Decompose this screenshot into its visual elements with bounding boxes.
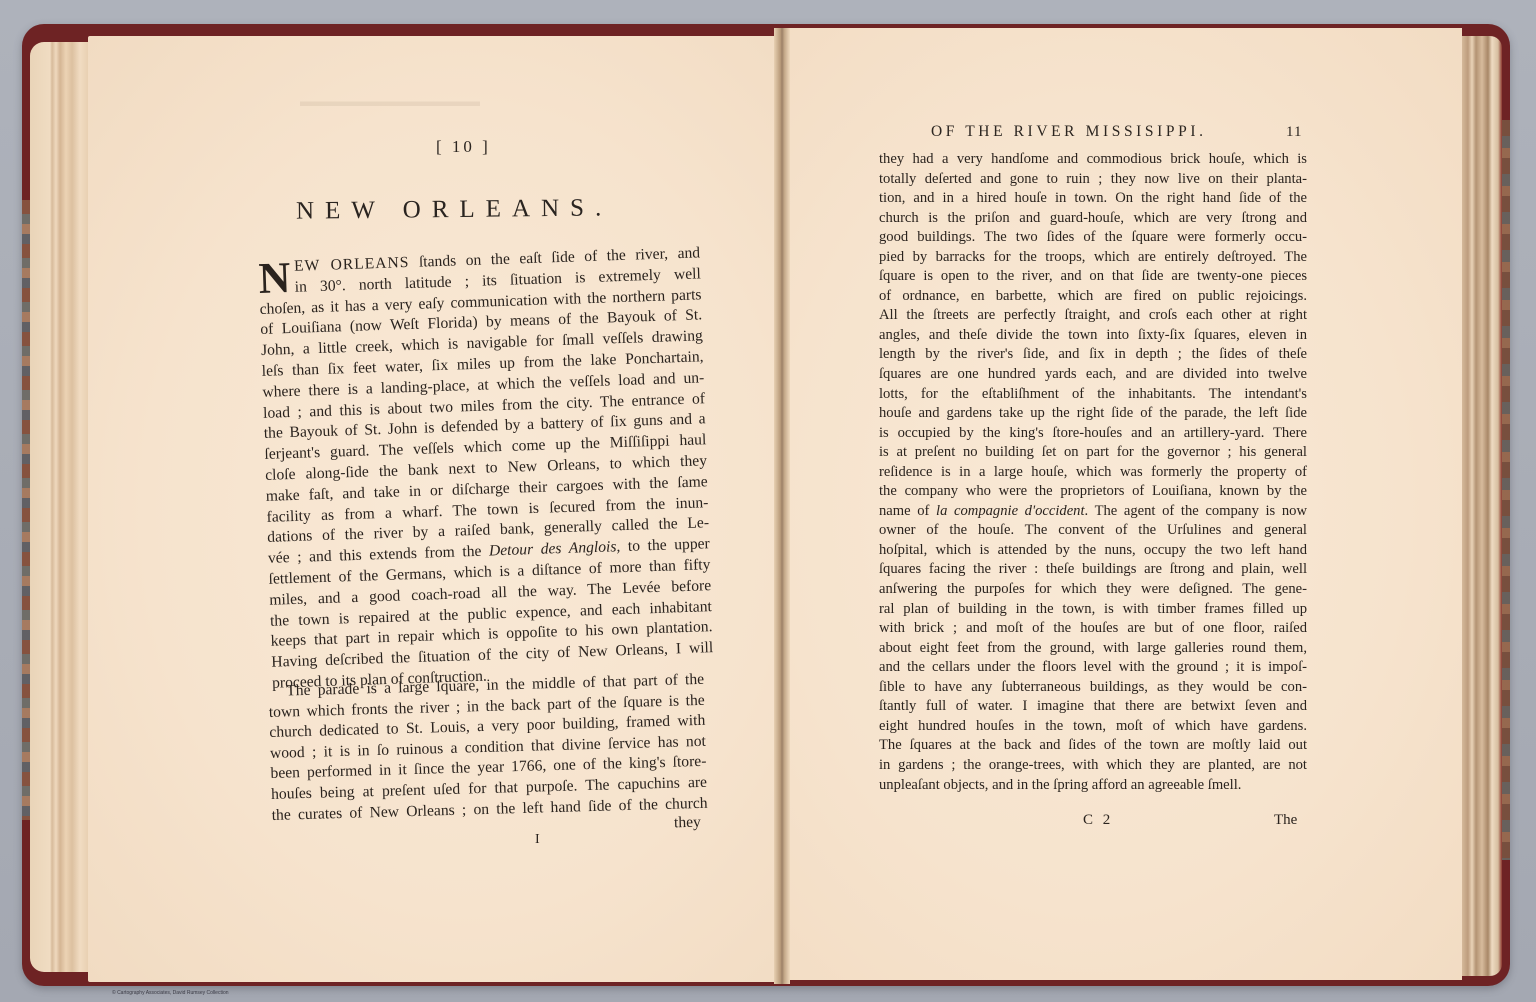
text-line: church is the priſon and guard-houſe, wh… <box>879 209 1307 229</box>
page-stack-left <box>30 42 90 972</box>
text-line: ral plan of building in the town, is wit… <box>879 600 1307 620</box>
text-line: ſquares are one hundred yards each, and … <box>879 365 1307 385</box>
catchword-left: they <box>674 814 701 833</box>
text-line: ſtantly full of water. I imagine that th… <box>879 697 1307 717</box>
text-line: about eight feet from the ground, with l… <box>879 639 1307 659</box>
paragraph-1: N EW ORLEANS ſtands on the eaſt ſide of … <box>258 243 714 694</box>
text-line: anſwering the purpoſes for which they we… <box>879 580 1307 600</box>
italic-company-name: la compagnie d'occident <box>936 503 1085 519</box>
page-stack-right <box>1462 36 1502 976</box>
text-line: they had a very handſome and commodious … <box>879 150 1307 170</box>
text-line: with brick ; and moſt of the houſes are … <box>879 619 1307 639</box>
italic-place-name: Detour des Anglois, <box>489 538 621 559</box>
book-gutter <box>774 28 790 984</box>
text-line: lotts, for the eſtabliſhment of the inha… <box>879 385 1307 405</box>
text-line: unpleaſant objects, and in the ſpring af… <box>879 776 1307 796</box>
text-line: pied by barracks for the troops, which a… <box>879 248 1307 268</box>
text-line: hoſpital, which is attended by the nuns,… <box>879 541 1307 561</box>
text-line: is at preſent no building ſet on part fo… <box>879 443 1307 463</box>
text-line: length by the river's ſide, and ſix in d… <box>879 345 1307 365</box>
text-line: eight hundred houſes in the town, moſt o… <box>879 717 1307 737</box>
collection-credit: © Cartography Associates, David Rumsey C… <box>112 990 229 996</box>
text-line: tion, and in a hired houſe in town. On t… <box>879 189 1307 209</box>
text-line: totally deſerted and gone to ruin ; they… <box>879 170 1307 190</box>
text-line: reſidence is in a large houſe, which was… <box>879 463 1307 483</box>
text-line: good buildings. The two ſides of the ſqu… <box>879 228 1307 248</box>
text-line: in gardens ; the orange-trees, with whic… <box>879 756 1307 776</box>
text-line: name of la compagnie d'occident. The age… <box>879 502 1307 522</box>
text-line: is occupied by the king's ſtore-houſes a… <box>879 424 1307 444</box>
text-line: angles, and theſe divide the town into ſ… <box>879 326 1307 346</box>
text-line: the company who were the proprietors of … <box>879 482 1307 502</box>
page-number-right: 11 <box>1286 124 1302 141</box>
show-through-text: ▬▬▬▬▬▬▬▬▬▬▬▬ <box>300 92 480 112</box>
running-head: OF THE RIVER MISSISIPPI. <box>931 123 1207 141</box>
text-line: houſe and gardens take up the right ſide… <box>879 404 1307 424</box>
text-line: ſquare is open to the river, and on that… <box>879 267 1307 287</box>
text-line: The ſquares at the back and ſides of the… <box>879 736 1307 756</box>
text-line: ſquares facing the river : theſe buildin… <box>879 560 1307 580</box>
signature-mark-right: C 2 <box>1083 812 1113 829</box>
drop-cap: N <box>258 259 291 298</box>
text-line: of ordnance, en barbette, which are fire… <box>879 287 1307 307</box>
signature-mark-left: I <box>535 832 540 848</box>
catchword-right: The <box>1274 812 1297 829</box>
right-page-text: they had a very handſome and commodious … <box>879 150 1307 795</box>
text-line: and the cellars under the floors level w… <box>879 658 1307 678</box>
chapter-title: NEW ORLEANS. <box>296 194 613 225</box>
paragraph-2: The parade is a large ſquare, in the mid… <box>268 670 708 826</box>
text-line: owner of the houſe. The convent of the U… <box>879 521 1307 541</box>
text-line: All the ſtreets are perfectly ſtraight, … <box>879 306 1307 326</box>
page-number-left: [ 10 ] <box>436 137 491 157</box>
text-line: ſible to have any ſubterraneous building… <box>879 678 1307 698</box>
